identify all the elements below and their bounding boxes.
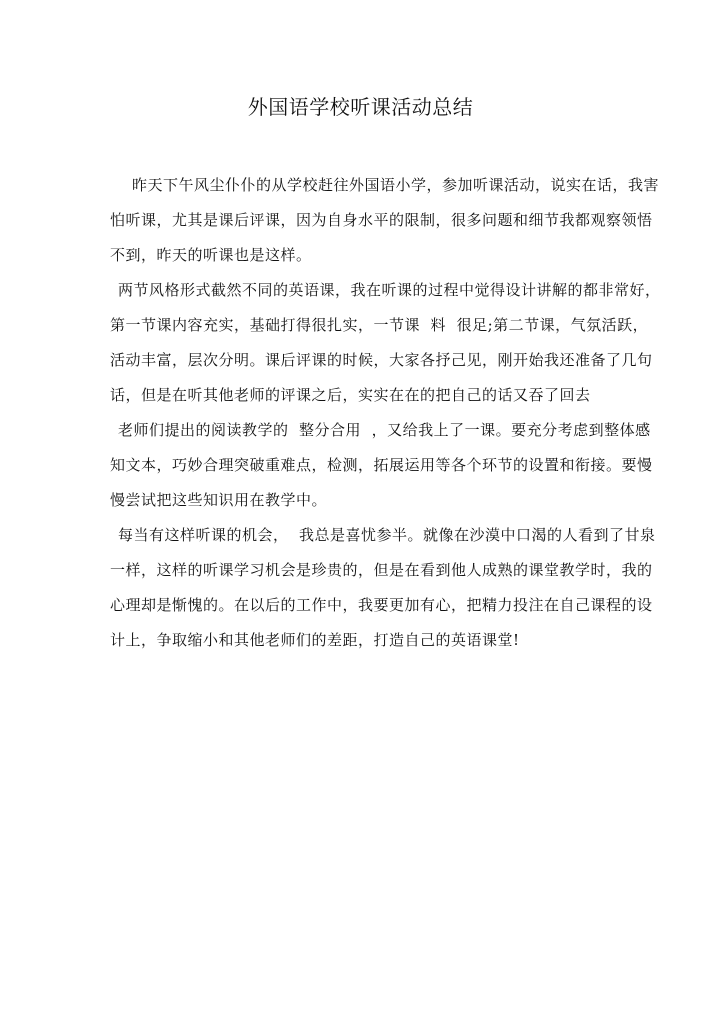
paragraph-line: 老师们提出的阅读教学的 整分合用 ，又给我上了一课。要充分考虑到整体感	[110, 413, 612, 448]
paragraph-line: 心理却是惭愧的。在以后的工作中，我要更加有心，把精力投注在自己课程的设	[110, 588, 612, 623]
paragraph-1: 昨天下午风尘仆仆的从学校赶往外国语小学，参加听课活动，说实在话，我害 怕听课，尤…	[110, 168, 612, 273]
paragraph-line: 每当有这样听课的机会， 我总是喜忧参半。就像在沙漠中口渴的人看到了甘泉	[110, 518, 612, 553]
paragraph-line: 昨天下午风尘仆仆的从学校赶往外国语小学，参加听课活动，说实在话，我害	[110, 168, 612, 203]
paragraph-2: 两节风格形式截然不同的英语课，我在听课的过程中觉得设计讲解的都非常好， 第一节课…	[110, 273, 612, 413]
paragraph-line: 两节风格形式截然不同的英语课，我在听课的过程中觉得设计讲解的都非常好，	[110, 273, 612, 308]
paragraph-line: 话，但是在听其他老师的评课之后，实实在在的把自己的话又吞了回去	[110, 378, 612, 413]
document-body: 昨天下午风尘仆仆的从学校赶往外国语小学，参加听课活动，说实在话，我害 怕听课，尤…	[110, 168, 612, 658]
paragraph-line: 计上，争取缩小和其他老师们的差距，打造自己的英语课堂!	[110, 623, 612, 658]
paragraph-line: 怕听课，尤其是课后评课，因为自身水平的限制，很多问题和细节我都观察领悟	[110, 203, 612, 238]
paragraph-line: 知文本，巧妙合理突破重难点，检测，拓展运用等各个环节的设置和衔接。要慢	[110, 448, 612, 483]
paragraph-line: 不到，昨天的听课也是这样。	[110, 238, 612, 273]
paragraph-4: 每当有这样听课的机会， 我总是喜忧参半。就像在沙漠中口渴的人看到了甘泉 一样，这…	[110, 518, 612, 658]
paragraph-3: 老师们提出的阅读教学的 整分合用 ，又给我上了一课。要充分考虑到整体感 知文本，…	[110, 413, 612, 518]
paragraph-line: 慢尝试把这些知识用在教学中。	[110, 483, 612, 518]
paragraph-line: 一样，这样的听课学习机会是珍贵的，但是在看到他人成熟的课堂教学时，我的	[110, 553, 612, 588]
document-title: 外国语学校听课活动总结	[0, 93, 721, 121]
paragraph-line: 活动丰富，层次分明。课后评课的时候，大家各抒己见，刚开始我还准备了几句	[110, 343, 612, 378]
document-page: 外国语学校听课活动总结 昨天下午风尘仆仆的从学校赶往外国语小学，参加听课活动，说…	[0, 0, 721, 1020]
paragraph-line: 第一节课内容充实，基础打得很扎实，一节课 料 很足;第二节课，气氛活跃，	[110, 308, 612, 343]
